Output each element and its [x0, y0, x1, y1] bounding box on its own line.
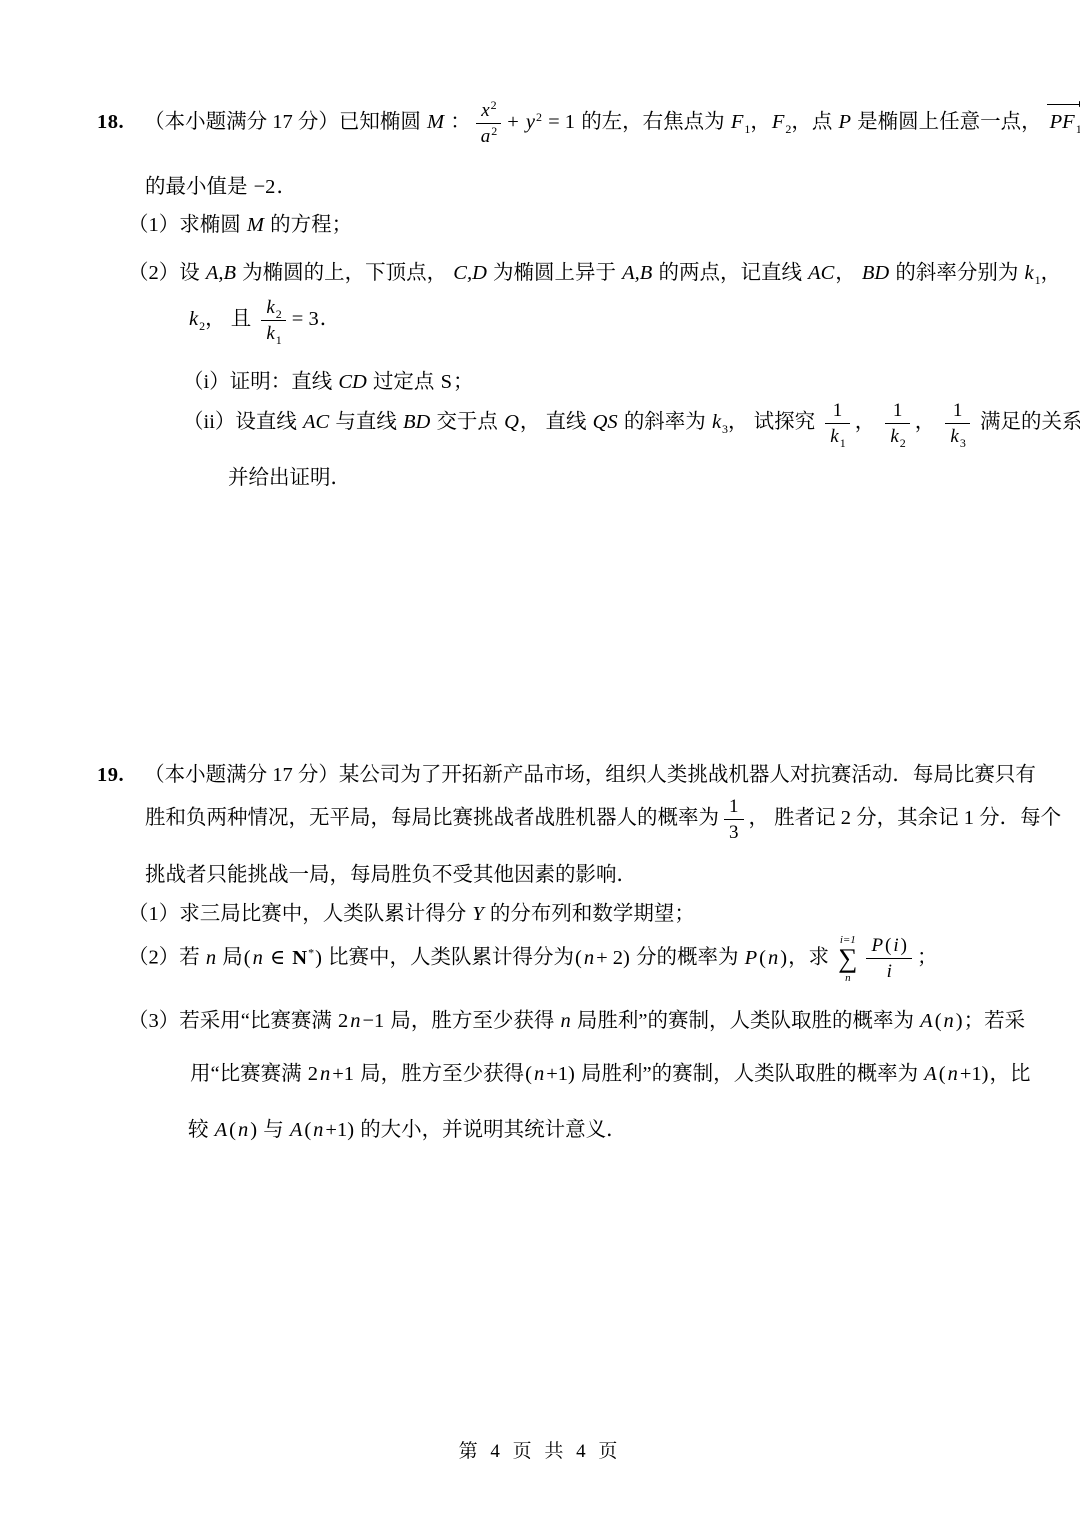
text-run: 比赛中，人类队累计得分为 [323, 947, 574, 969]
subscript: 2 [276, 307, 282, 321]
text-run: ， 直线 [520, 411, 592, 433]
math-roman: +1) [546, 1063, 575, 1085]
text-run: 局，胜方至少获得 [385, 1010, 559, 1032]
math-bold-roman: N [292, 947, 307, 969]
math-variable: k [266, 323, 274, 344]
math-variable: P [745, 947, 758, 969]
subscript: 3 [960, 436, 966, 450]
subscript: 1 [840, 436, 846, 450]
q19-line-3: （1）求三局比赛中，人类队累计得分 Y 的分布列和数学期望； [128, 900, 695, 929]
math-variable: A [290, 1119, 303, 1141]
math-variable: n [948, 1063, 958, 1085]
math-variable: CD [338, 371, 366, 393]
text-run: ，比 [990, 1063, 1031, 1085]
q19-line-5: （3）若采用“比赛赛满 2n−1 局，胜方至少获得 n 局胜利”的赛制，人类队取… [128, 1007, 1025, 1036]
math-roman: 2 [338, 1010, 348, 1032]
text-run: ； [453, 371, 474, 393]
q18-line-1: 的最小值是 −2． [145, 173, 297, 202]
math-variable: Y [472, 903, 483, 925]
text-run: 满足的关系式， [975, 411, 1080, 433]
math-variable: n [238, 1119, 248, 1141]
q19-line-0: 19.（本小题满分 17 分）某公司为了开拓新产品市场，组织人类挑战机器人对抗赛… [97, 761, 1036, 790]
text-run: （ii）设直线 [183, 411, 302, 433]
math-variable: i [893, 935, 898, 956]
text-run: ， 且 [205, 308, 256, 330]
superscript: 2 [536, 110, 542, 124]
text-run: 分的概率为 [631, 947, 744, 969]
math-variable: n [350, 1010, 360, 1032]
text-run: 挑战者只能挑战一局，每局胜负不受其他因素的影响． [145, 864, 637, 886]
math-roman: −1 [362, 1010, 384, 1032]
fraction: 1k3 [945, 400, 969, 447]
math-variable: AC [303, 411, 329, 433]
numerator: x2 [476, 100, 502, 124]
q19-number: 19. [97, 764, 124, 786]
fraction: 1k1 [825, 400, 849, 447]
text-run: （i）证明：直线 [183, 371, 337, 393]
q18-line-2: （1）求椭圆 M 的方程； [128, 211, 352, 240]
math-variable: M [427, 111, 444, 133]
math-roman: 1 [729, 796, 739, 817]
q18-line-0: 18.（本小题满分 17 分）已知椭圆 M ：x2a2+ y2 = 1 的左，右… [97, 100, 1080, 147]
denominator: k1 [825, 424, 849, 447]
q19-line-0-content: （本小题满分 17 分）某公司为了开拓新产品市场，组织人类挑战机器人对抗赛活动．… [144, 764, 1036, 786]
subscript: 1 [1076, 122, 1080, 136]
math-variable: Q [504, 411, 519, 433]
text-run: （本小题满分 17 分）某公司为了开拓新产品市场，组织人类挑战机器人对抗赛活动．… [144, 764, 1036, 786]
math-roman: S [441, 371, 452, 393]
math-variable: BD [862, 262, 889, 284]
denominator: k3 [945, 424, 969, 447]
denominator: k1 [261, 321, 285, 344]
denominator: k2 [885, 424, 909, 447]
superscript: * [308, 946, 314, 960]
math-variable: n [534, 1063, 544, 1085]
math-variable: A [215, 1119, 228, 1141]
numerator: k2 [261, 297, 285, 321]
fraction: 1k2 [885, 400, 909, 447]
math-roman: 3 [729, 822, 739, 843]
q19-line-2: 挑战者只能挑战一局，每局胜负不受其他因素的影响． [145, 861, 637, 890]
q18-line-0-content: （本小题满分 17 分）已知椭圆 M ：x2a2+ y2 = 1 的左，右焦点为… [144, 111, 1080, 133]
math-variable: y [526, 111, 535, 133]
sum-lower-limit: n [845, 972, 851, 984]
math-roman: +1) [960, 1063, 989, 1085]
superscript: 2 [491, 98, 497, 112]
math-variable: k [189, 308, 198, 330]
math-variable: A [920, 1010, 933, 1032]
math-roman: ( [575, 947, 582, 969]
text-run: ；若采 [964, 1010, 1026, 1032]
sigma-symbol: ∑ [838, 946, 857, 972]
math-roman: 1 [953, 400, 963, 421]
denominator: i [866, 959, 912, 982]
math-variable: n [584, 947, 594, 969]
text-run: 局，胜方至少获得 [355, 1063, 524, 1085]
text-run: （2）设 [128, 262, 205, 284]
fraction: k2k1 [261, 297, 285, 344]
math-variable: k [950, 426, 958, 447]
text-run: 的最小值是 [145, 176, 253, 198]
math-roman: = 1 [543, 111, 580, 133]
footer-page-number: 第 4 页 共 4 页 [0, 1436, 1080, 1463]
math-variable: M [247, 214, 264, 236]
math-roman: ) [250, 1119, 257, 1141]
math-variable: k [1024, 262, 1033, 284]
text-run: ，点 [791, 111, 837, 133]
math-variable: n [944, 1010, 954, 1032]
math-variable: n [313, 1119, 323, 1141]
math-variable: P [871, 935, 883, 956]
text-run: 局胜利”的赛制，人类队取胜的概率为 [576, 1063, 923, 1085]
math-roman: ) [901, 935, 907, 956]
q18-line-4: k2， 且 k2k1= 3． [188, 297, 340, 344]
math-variable: n [320, 1063, 330, 1085]
math-variable: C,D [453, 262, 487, 284]
fraction: P(i)i [866, 935, 912, 982]
math-variable: A,B [622, 262, 652, 284]
numerator: 1 [724, 796, 744, 820]
math-roman: ( [525, 1063, 532, 1085]
math-variable: n [206, 947, 216, 969]
text-run: 用“比赛赛满 [190, 1063, 307, 1085]
text-run: 的左，右焦点为 [581, 111, 730, 133]
text-run: 与 [258, 1119, 289, 1141]
math-variable: AC [808, 262, 834, 284]
text-run: 与直线 [330, 411, 402, 433]
math-variable: BD [403, 411, 430, 433]
math-variable: P [839, 111, 852, 133]
math-variable: n [561, 1010, 571, 1032]
superscript: 2 [491, 124, 497, 138]
math-variable: k [890, 426, 898, 447]
math-variable: k [266, 297, 274, 318]
math-variable: QS [593, 411, 618, 433]
math-variable: k [830, 426, 838, 447]
q19-line-1: 胜和负两种情况，无平局，每局比赛挑战者战胜机器人的概率为13， 胜者记 2 分，… [145, 796, 1061, 843]
math-roman: +1) [325, 1119, 354, 1141]
math-variable: A [924, 1063, 937, 1085]
numerator: 1 [945, 400, 969, 424]
text-run: 的分布列和数学期望； [485, 903, 695, 925]
text-run: 过定点 [368, 371, 440, 393]
math-roman: ) [315, 947, 322, 969]
denominator: 3 [724, 820, 744, 843]
text-run: 是椭圆上任意一点， [852, 111, 1042, 133]
math-roman: 1 [893, 400, 903, 421]
text-run: （1）求三局比赛中，人类队累计得分 [128, 903, 471, 925]
math-variable: i [887, 961, 892, 982]
text-run: 交于点 [431, 411, 503, 433]
math-roman: ( [759, 947, 766, 969]
subscript: 2 [900, 436, 906, 450]
text-run: 局 [217, 947, 243, 969]
math-variable: n [768, 947, 778, 969]
text-run: 的两点，记直线 [653, 262, 807, 284]
text-run: ， [1041, 262, 1062, 284]
text-run: 为椭圆的上，下顶点， [237, 262, 452, 284]
math-roman: ( [304, 1119, 311, 1141]
q18-line-7: 并给出证明． [228, 464, 351, 493]
math-variable: a [481, 126, 491, 147]
math-variable: F [772, 111, 785, 133]
math-variable: F [731, 111, 744, 133]
math-variable: k [712, 411, 721, 433]
math-roman: + [507, 111, 524, 133]
text-run: 较 [188, 1119, 214, 1141]
math-roman: + 2) [596, 947, 630, 969]
text-run: （3）若采用“比赛赛满 [128, 1010, 337, 1032]
text-run: ． [320, 308, 341, 330]
math-roman: 1 [833, 400, 843, 421]
text-run: ， [750, 111, 771, 133]
math-roman: ( [244, 947, 251, 969]
fraction: x2a2 [476, 100, 502, 147]
math-variable: x [481, 100, 489, 121]
text-run: ， [855, 411, 881, 433]
math-roman: ) [780, 947, 787, 969]
fraction: 13 [724, 796, 744, 843]
math-roman: ( [885, 935, 891, 956]
vector-arrow: PF1 [1046, 104, 1080, 137]
text-run: 并给出证明． [228, 467, 351, 489]
summation: i=1∑n [838, 934, 857, 984]
text-run: ， [915, 411, 941, 433]
math-roman: ( [229, 1119, 236, 1141]
q19-line-4: （2）若 n 局(n ∈ N*) 比赛中，人类队累计得分为(n+ 2) 分的概率… [128, 934, 937, 984]
denominator: a2 [476, 124, 502, 147]
exam-page: 18.（本小题满分 17 分）已知椭圆 M ：x2a2+ y2 = 1 的左，右… [0, 0, 1080, 1527]
q18-line-3: （2）设 A,B 为椭圆的上，下顶点， C,D 为椭圆上异于 A,B 的两点，记… [128, 259, 1061, 288]
q18-line-5: （i）证明：直线 CD 过定点 S； [183, 368, 473, 397]
text-run: 的斜率分别为 [890, 262, 1023, 284]
text-run: ． [276, 176, 297, 198]
numerator: 1 [825, 400, 849, 424]
text-run: 的方程； [265, 214, 352, 236]
math-variable: n [253, 947, 263, 969]
text-run: （2）若 [128, 947, 205, 969]
text-run: ，求 [788, 947, 834, 969]
q19-line-7: 较 A(n) 与 A(n+1) 的大小，并说明其统计意义． [188, 1116, 627, 1145]
subscript: 1 [276, 333, 282, 347]
math-roman: −2 [254, 176, 276, 198]
math-roman: +1 [332, 1063, 354, 1085]
text-run: ， [835, 262, 861, 284]
math-roman: = 3 [292, 308, 319, 330]
math-roman: ( [939, 1063, 946, 1085]
math-variable: A,B [206, 262, 236, 284]
q19-line-6: 用“比赛赛满 2n+1 局，胜方至少获得(n+1) 局胜利”的赛制，人类队取胜的… [190, 1060, 1031, 1089]
text-run: 为椭圆上异于 [488, 262, 621, 284]
q18-line-6: （ii）设直线 AC 与直线 BD 交于点 Q， 直线 QS 的斜率为 k3， … [183, 400, 1080, 447]
text-run: 的斜率为 [619, 411, 711, 433]
math-roman: ) [956, 1010, 963, 1032]
text-run: （本小题满分 17 分）已知椭圆 [144, 111, 426, 133]
math-roman: 2 [308, 1063, 318, 1085]
math-variable: PF [1050, 111, 1075, 133]
text-run: 的大小，并说明其统计意义． [355, 1119, 627, 1141]
text-run: ， 试探究 [728, 411, 820, 433]
math-roman: ∈ [265, 947, 290, 969]
text-run: ； [917, 947, 938, 969]
text-run: （1）求椭圆 [128, 214, 246, 236]
text-run: ， 胜者记 2 分，其余记 1 分．每个 [749, 807, 1062, 829]
numerator: P(i) [866, 935, 912, 959]
math-roman: ( [935, 1010, 942, 1032]
q18-number: 18. [97, 111, 124, 133]
numerator: 1 [885, 400, 909, 424]
text-run: ： [445, 111, 471, 133]
text-run: 胜和负两种情况，无平局，每局比赛挑战者战胜机器人的概率为 [145, 807, 719, 829]
text-run: 局胜利”的赛制，人类队取胜的概率为 [572, 1010, 919, 1032]
